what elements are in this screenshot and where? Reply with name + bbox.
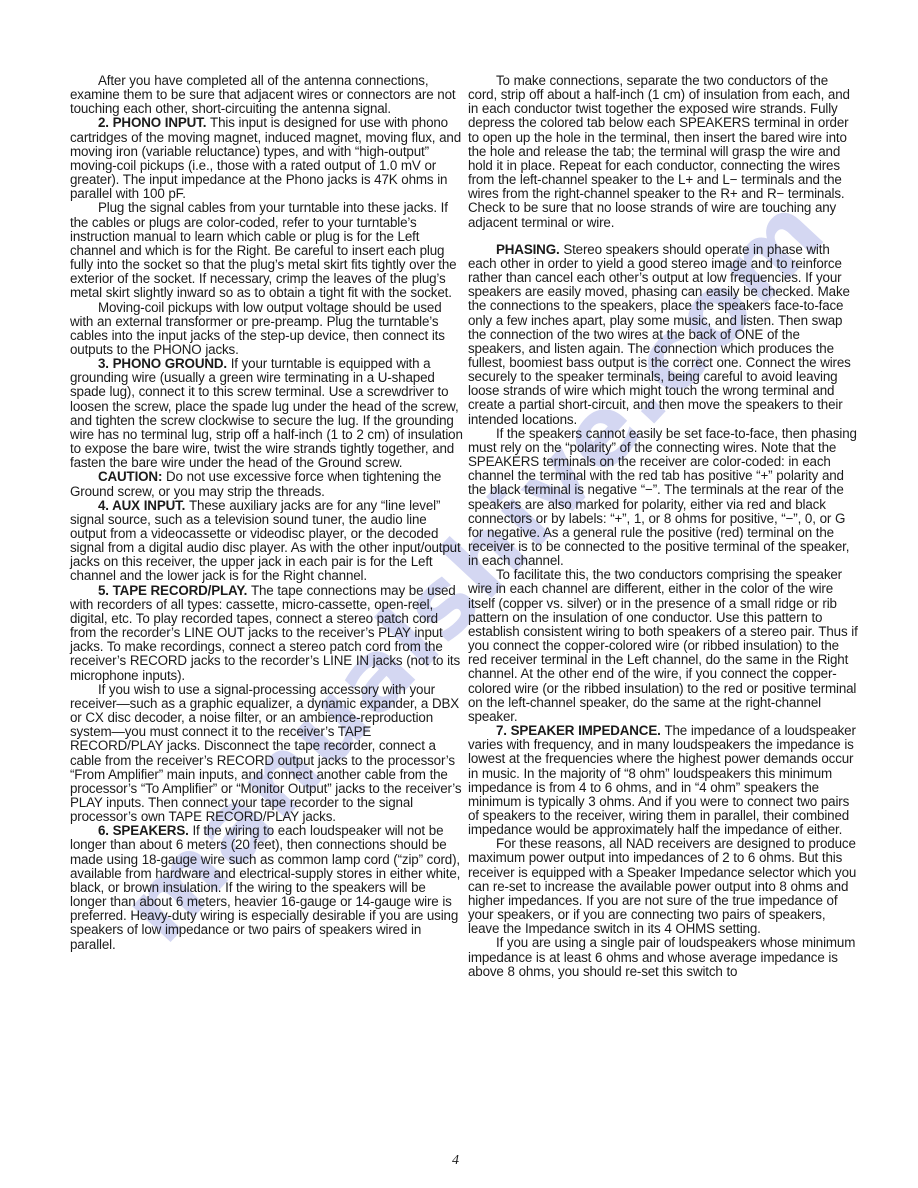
page-number: 4 — [452, 1153, 459, 1169]
manual-page: manualshive.com After you have completed… — [0, 0, 918, 1188]
section-heading-aux-input: 4. AUX INPUT. — [98, 498, 189, 513]
paragraph-conductors: To facilitate this, the two conductors c… — [468, 568, 860, 724]
section-heading-tape-record-play: 5. TAPE RECORD/PLAY. — [98, 583, 251, 598]
paragraph-speakers: 6. SPEAKERS. If the wiring to each louds… — [70, 824, 463, 951]
paragraph-polarity: If the speakers cannot easily be set fac… — [468, 427, 860, 569]
paragraph-phono-input: 2. PHONO INPUT. This input is designed f… — [70, 116, 463, 201]
paragraph-caution: CAUTION: Do not use excessive force when… — [70, 470, 463, 498]
paragraph-aux-input: 4. AUX INPUT. These auxiliary jacks are … — [70, 499, 463, 584]
paragraph-phasing: PHASING. Stereo speakers should operate … — [468, 243, 860, 427]
paragraph-make-connections: To make connections, separate the two co… — [468, 74, 860, 230]
left-column: After you have completed all of the ante… — [70, 74, 463, 952]
caution-label: CAUTION: — [98, 469, 166, 484]
section-heading-phasing: PHASING. — [496, 242, 563, 257]
section-heading-phono-ground: 3. PHONO GROUND. — [98, 356, 231, 371]
section-heading-speakers: 6. SPEAKERS. — [98, 823, 192, 838]
paragraph-signal-cables: Plug the signal cables from your turntab… — [70, 201, 463, 300]
section-heading-speaker-impedance: 7. SPEAKER IMPEDANCE. — [496, 723, 664, 738]
paragraph-single-pair: If you are using a single pair of loudsp… — [468, 936, 860, 978]
paragraph-signal-processing: If you wish to use a signal-processing a… — [70, 683, 463, 825]
paragraph-tape-record-play: 5. TAPE RECORD/PLAY. The tape connection… — [70, 584, 463, 683]
paragraph-nad-receivers: For these reasons, all NAD receivers are… — [468, 837, 860, 936]
section-heading-phono-input: 2. PHONO INPUT. — [98, 115, 210, 130]
paragraph-antenna-connections: After you have completed all of the ante… — [70, 74, 463, 116]
paragraph-speaker-impedance: 7. SPEAKER IMPEDANCE. The impedance of a… — [468, 724, 860, 837]
right-column: To make connections, separate the two co… — [468, 74, 860, 979]
paragraph-phono-ground: 3. PHONO GROUND. If your turntable is eq… — [70, 357, 463, 470]
paragraph-moving-coil: Moving-coil pickups with low output volt… — [70, 301, 463, 358]
